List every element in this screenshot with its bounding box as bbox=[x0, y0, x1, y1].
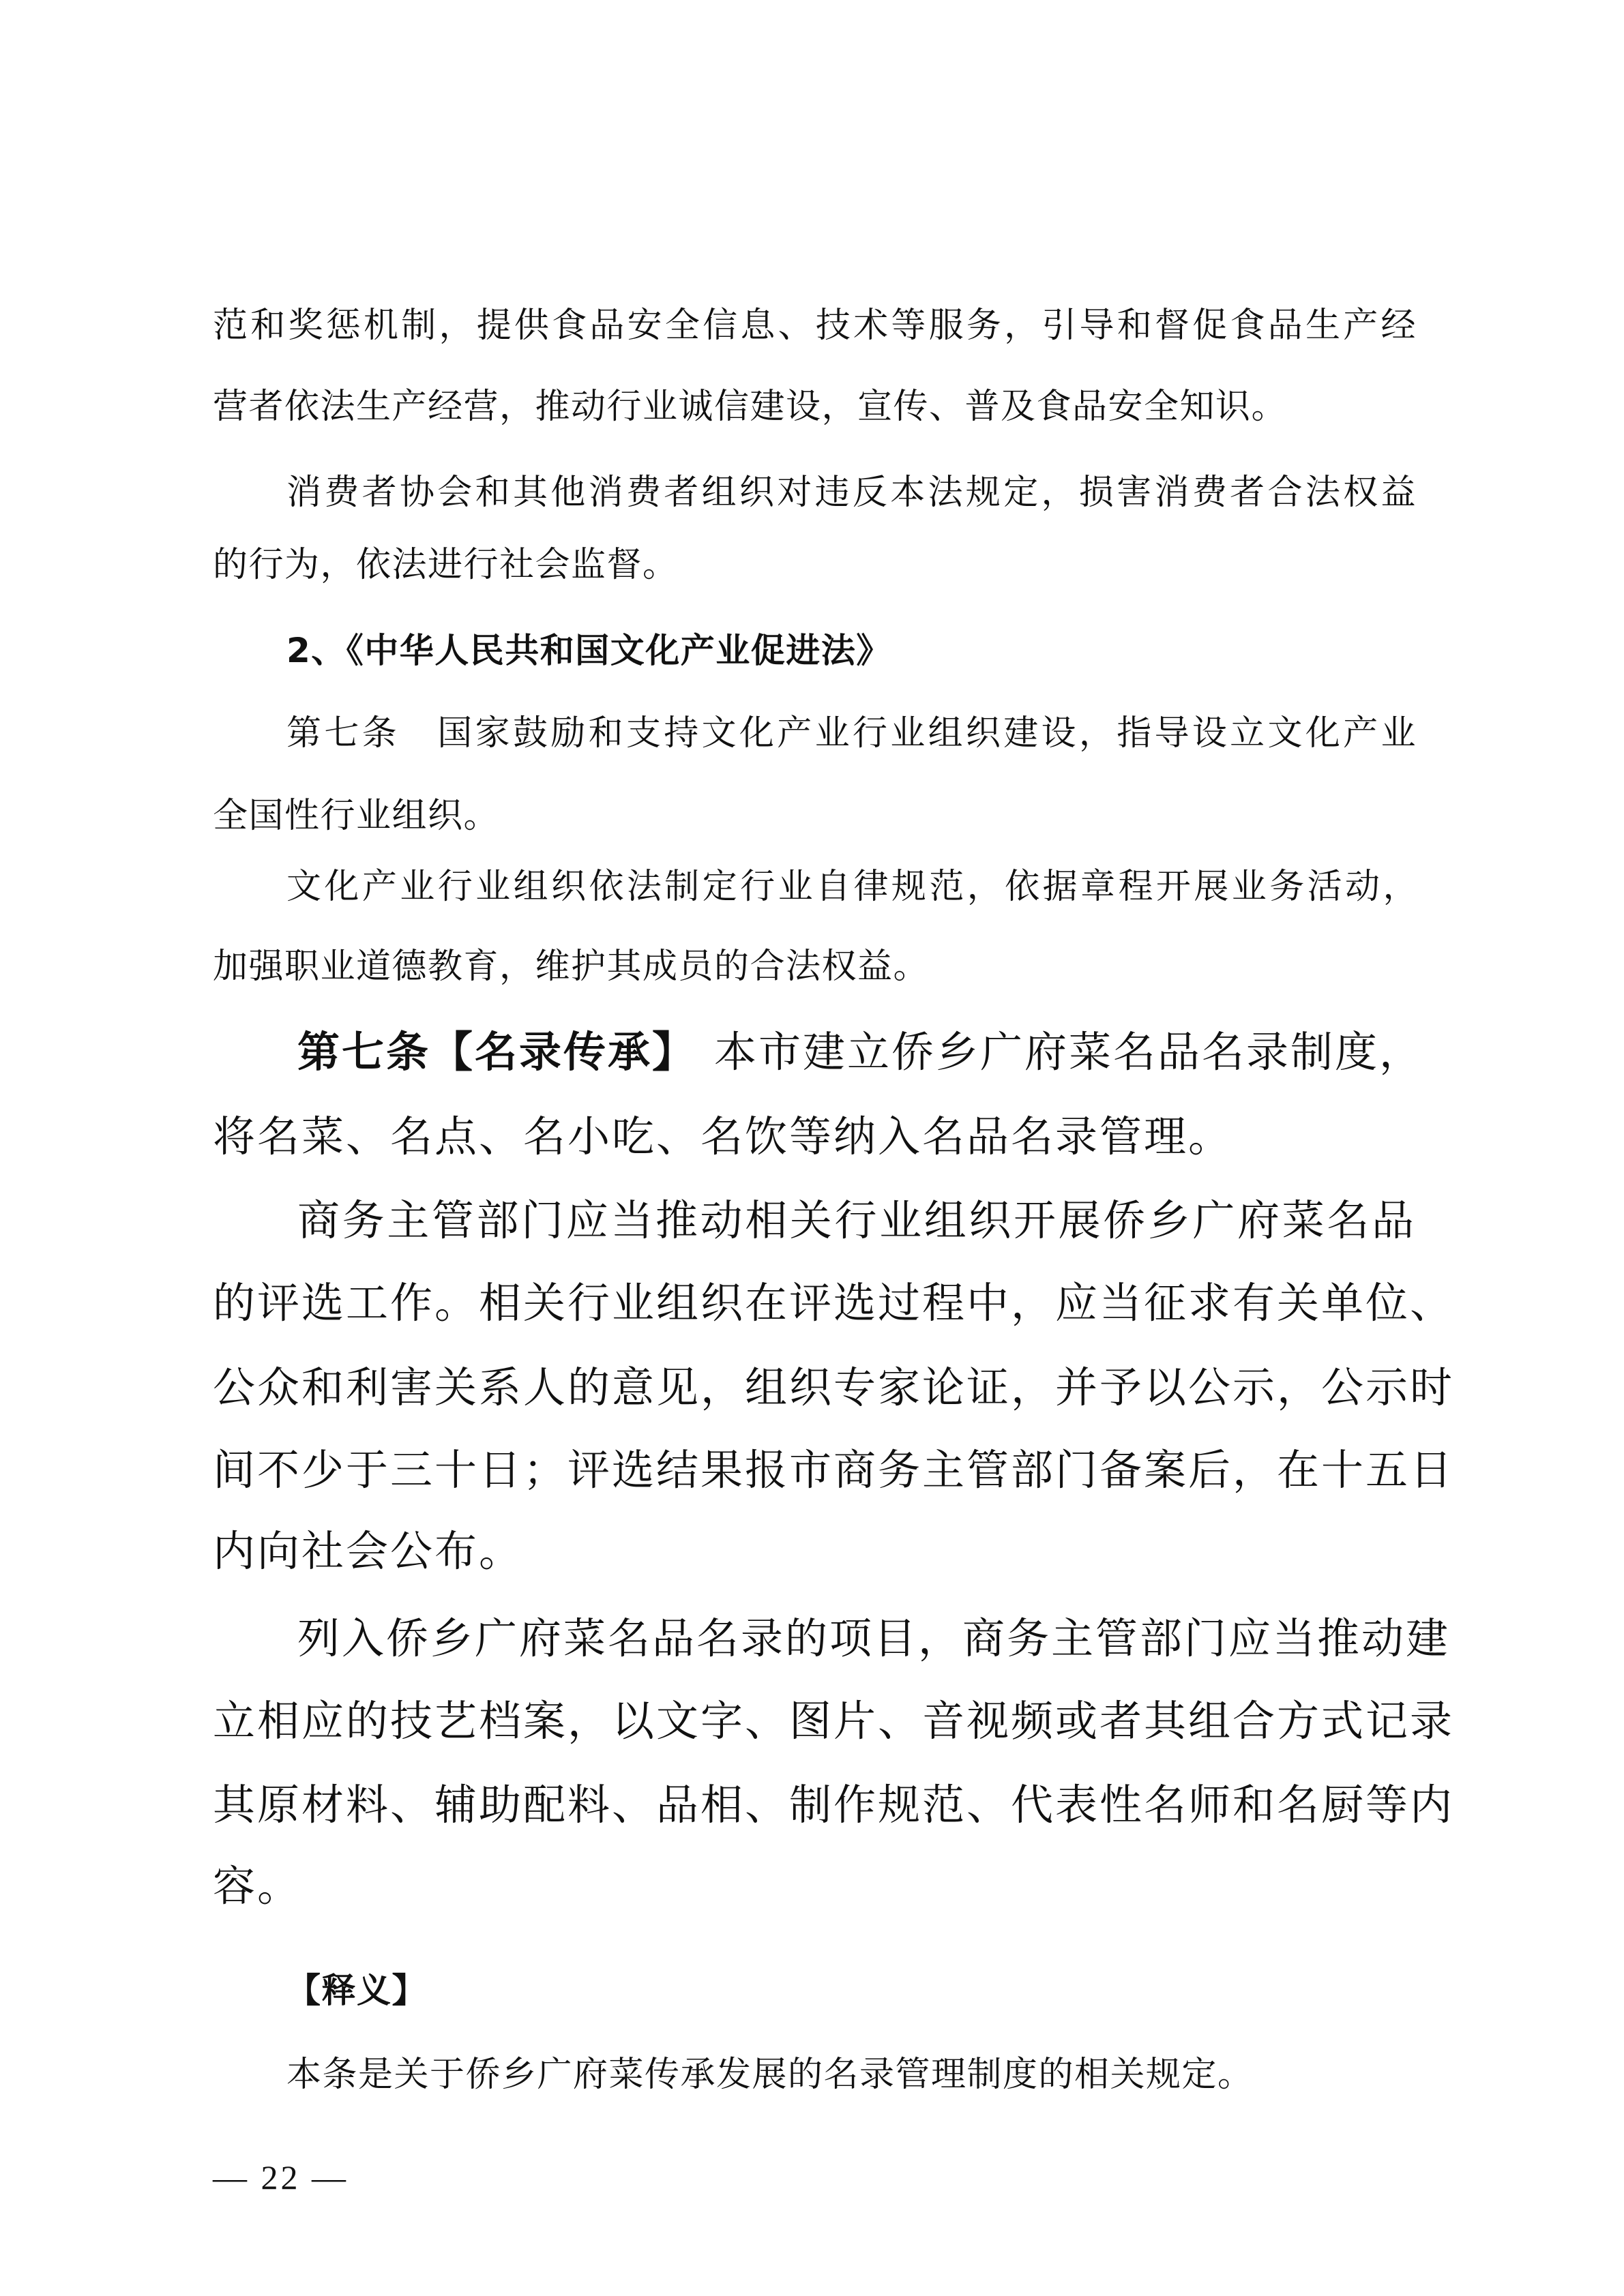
text-line: 营者依法生产经营，推动行业诚信建设，宣传、普及食品安全知识。 bbox=[213, 389, 1287, 424]
text-line: 的行为，依法进行社会监督。 bbox=[213, 548, 679, 582]
text-line: 将名菜、名点、名小吃、名饮等纳入名品名录管理。 bbox=[213, 1116, 1232, 1158]
text-line: 全国性行业组织。 bbox=[213, 799, 499, 833]
text-line: 商务主管部门应当推动相关行业组织开展侨乡广府菜名品 bbox=[297, 1199, 1416, 1242]
text-line: 列入侨乡广府菜名品名录的项目，商务主管部门应当推动建 bbox=[297, 1617, 1423, 1660]
text-line: 其原材料、辅助配料、品相、制作规范、代表性名师和名厨等内 bbox=[213, 1784, 1427, 1826]
text-line: 消费者协会和其他消费者组织对违反本法规定，损害消费者合法权益 bbox=[286, 475, 1417, 510]
text-line: 文化产业行业组织依法制定行业自律规范，依据章程开展业务活动， bbox=[286, 869, 1419, 904]
article-first-line: 第七条【名录传承】本市建立侨乡广府菜名品名录制度， bbox=[297, 1031, 1423, 1073]
interpretation-text: 本条是关于侨乡广府菜传承发展的名录管理制度的相关规定。 bbox=[286, 2057, 1254, 2092]
article-text: 本市建立侨乡广府菜名品名录制度， bbox=[714, 1027, 1423, 1077]
text-line: 第七条 国家鼓励和支持文化产业行业组织建设，指导设立文化产业 bbox=[286, 716, 1417, 751]
interpretation-heading: 【释义】 bbox=[286, 1973, 427, 2008]
section-heading: 2、《中华人民共和国文化产业促进法》 bbox=[286, 633, 891, 668]
text-line: 加强职业道德教育，维护其成员的合法权益。 bbox=[213, 949, 929, 984]
text-line: 立相应的技艺档案，以文字、图片、音视频或者其组合方式记录 bbox=[213, 1700, 1427, 1742]
text-line: 的评选工作。相关行业组织在评选过程中，应当征求有关单位、 bbox=[213, 1282, 1427, 1324]
article-title: 第七条【名录传承】 bbox=[297, 1027, 696, 1077]
text-line: 容。 bbox=[213, 1865, 301, 1907]
text-line: 内向社会公布。 bbox=[213, 1530, 523, 1572]
text-line: 间不少于三十日；评选结果报市商务主管部门备案后，在十五日 bbox=[213, 1449, 1427, 1491]
text-line: 范和奖惩机制，提供食品安全信息、技术等服务，引导和督促食品生产经 bbox=[213, 308, 1417, 343]
text-line: 公众和利害关系人的意见，组织专家论证，并予以公示，公示时 bbox=[213, 1367, 1427, 1409]
page-number: — 22 — bbox=[213, 2160, 349, 2194]
